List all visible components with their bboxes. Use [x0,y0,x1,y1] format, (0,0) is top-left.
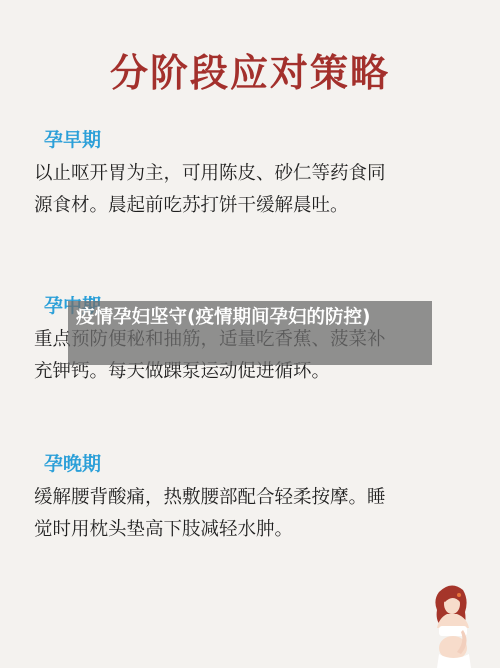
body-line: 源食材。晨起前吃苏打饼干缓解晨吐。 [34,190,474,222]
section-body: 以止呕开胃为主，可用陈皮、砂仁等药食同 源食材。晨起前吃苏打饼干缓解晨吐。 [34,158,474,222]
section-heading: 孕早期 [44,128,474,154]
body-line: 缓解腰背酸痛，热敷腰部配合轻柔按摩。睡 [34,482,474,514]
body-line: 以止呕开胃为主，可用陈皮、砂仁等药食同 [34,158,474,190]
section-late-pregnancy: 孕晚期 缓解腰背酸痛，热敷腰部配合轻柔按摩。睡 觉时用枕头垫高下肢减轻水肿。 [34,452,474,546]
section-body: 缓解腰背酸痛，热敷腰部配合轻柔按摩。睡 觉时用枕头垫高下肢减轻水肿。 [34,482,474,546]
section-early-pregnancy: 孕早期 以止呕开胃为主，可用陈皮、砂仁等药食同 源食材。晨起前吃苏打饼干缓解晨吐… [34,128,474,222]
body-line: 觉时用枕头垫高下肢减轻水肿。 [34,514,474,546]
page-title: 分阶段应对策略 [0,50,500,96]
section-heading: 孕晚期 [44,452,474,478]
pregnant-woman-illustration-icon [425,582,481,668]
caption-text: 疫情孕妇坚守(疫情期间孕妇的防控) [76,307,370,328]
caption-overlay: 疫情孕妇坚守(疫情期间孕妇的防控) [68,301,432,365]
